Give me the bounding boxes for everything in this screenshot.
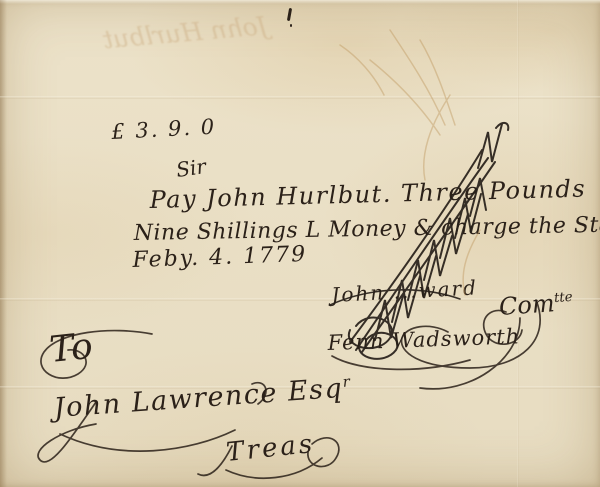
signature-first: John ...ward <box>331 275 479 307</box>
document-page: John Hurlbut £ 3. 9. 0 Sir Pay John Hurl… <box>0 0 600 487</box>
addressee-title: Treas <box>225 429 317 468</box>
fold-crease-top <box>0 96 600 99</box>
amount-figure: £ 3. 9. 0 <box>111 115 217 144</box>
order-line-1: Pay John Hurlbut. Three Pounds <box>149 175 586 214</box>
paper-top-edge <box>0 0 600 4</box>
committee-abbrev-sup: tte <box>554 290 573 306</box>
addressee-name-sup: r <box>342 372 352 391</box>
bleedthrough-writing: John Hurlbut <box>17 11 269 62</box>
ink-mark <box>287 8 292 21</box>
committee-abbreviation: Comtte <box>498 288 574 321</box>
ink-mark-dot <box>290 24 292 27</box>
faint-scribbles <box>340 30 480 295</box>
order-line-2: Nine Shillings L Money & charge the Stat… <box>134 212 600 246</box>
paper-left-edge <box>0 0 7 487</box>
signature-second: Fenn Wadsworth <box>327 324 520 355</box>
addressee-name-main: John Lawrence Esq <box>53 373 344 424</box>
addressee-name: John Lawrence Esqr <box>53 372 353 424</box>
salutation: Sir <box>175 154 208 182</box>
fold-crease-vertical <box>517 0 519 487</box>
address-to: To <box>48 326 95 371</box>
committee-abbrev-main: Com <box>498 289 555 321</box>
date-line: Feby. 4. 1779 <box>132 242 307 273</box>
